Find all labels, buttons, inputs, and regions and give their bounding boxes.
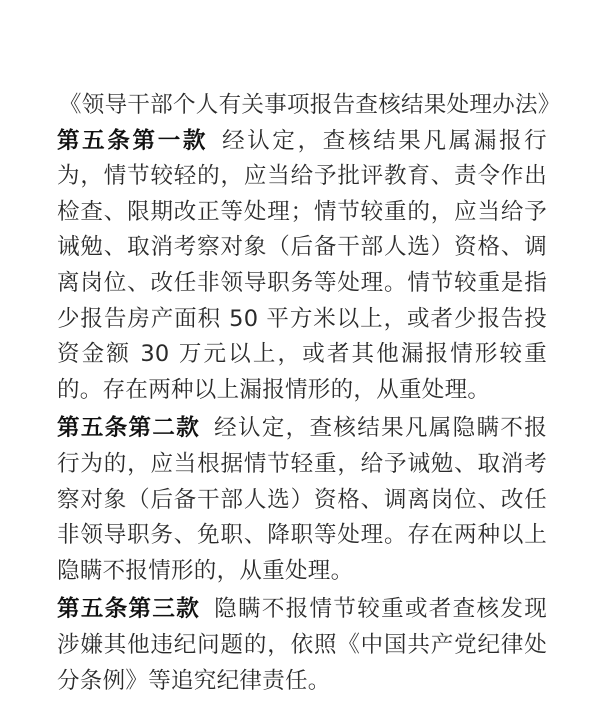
clause-text: 经认定，查核结果凡属漏报行为，情节较轻的，应当给予批评教育、责令作出检查、限期改…	[57, 128, 547, 403]
clause-article5-para1: 第五条第一款经认定，查核结果凡属漏报行为，情节较轻的，应当给予批评教育、责令作出…	[57, 124, 547, 409]
document-body: 《领导干部个人有关事项报告查核结果处理办法》 第五条第一款经认定，查核结果凡属漏…	[57, 88, 547, 702]
clause-label: 第五条第二款	[57, 415, 200, 441]
clause-article5-para3: 第五条第三款隐瞒不报情节较重或者查核发现涉嫌其他违纪问题的，依照《中国共产党纪律…	[57, 592, 547, 699]
clause-label: 第五条第三款	[57, 596, 200, 622]
document-title: 《领导干部个人有关事项报告查核结果处理办法》	[59, 88, 547, 124]
clause-label: 第五条第一款	[57, 128, 208, 154]
clause-article5-para2: 第五条第二款经认定，查核结果凡属隐瞒不报行为的，应当根据情节轻重，给予诫勉、取消…	[57, 411, 547, 589]
